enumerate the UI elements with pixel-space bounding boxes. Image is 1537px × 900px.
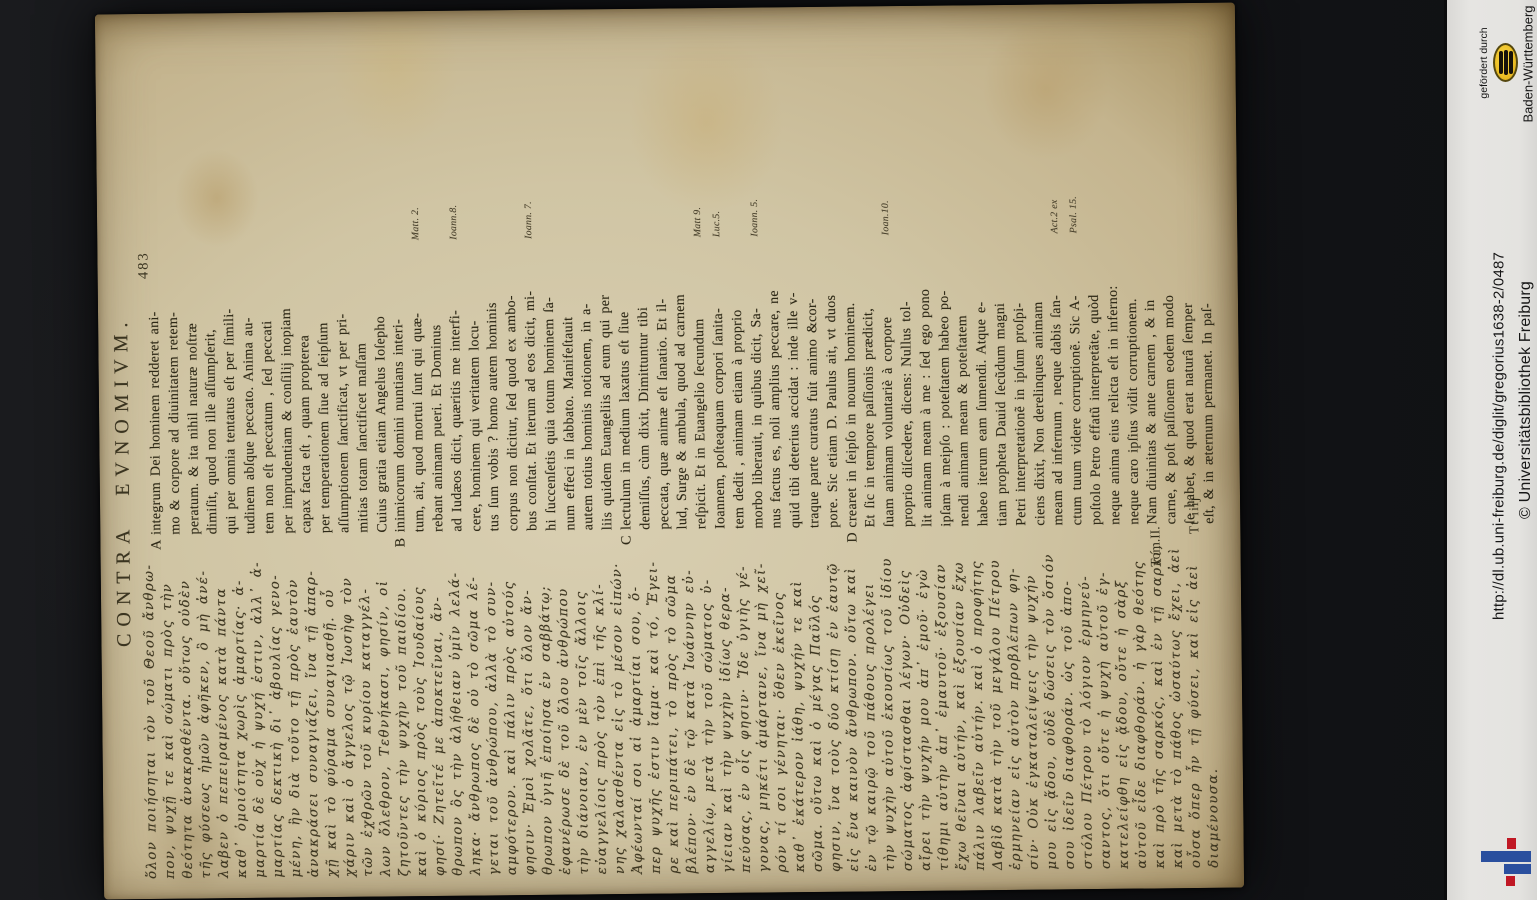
latin-text-line: traque parte curatus fuit animo &cor- <box>804 298 824 528</box>
greek-text-line: διαμένουσα. <box>1205 767 1224 867</box>
latin-text-line: carne, & poſt paſſionem eodem modo <box>1161 295 1181 525</box>
section-letter: A <box>148 539 166 550</box>
latin-text-line: ctum tuum videre corruptionẽ. Sic A- <box>1067 295 1087 525</box>
margin-note: Act.2 ex <box>1049 199 1060 233</box>
latin-text-line: ſe habet, & quod erat naturâ ſemper <box>1180 303 1200 524</box>
copyright-label: © Universitätsbibliothek Freiburg <box>1517 281 1535 519</box>
ub-logo-red-square <box>1507 838 1516 849</box>
latin-text-line: Dcrearet in ſeipſo in nouum hominem. <box>842 302 862 527</box>
ub-logo-blue-bar <box>1481 851 1531 862</box>
margin-notes: Matt. 2.Ioann.8.Ioann. 7.Matt 9.Luc.5.Io… <box>96 152 1237 244</box>
ub-logo-red-square <box>1506 876 1515 886</box>
latin-text-line: lit animam meam à me : ſed ego pono <box>917 289 937 527</box>
margin-note: Ioann. 5. <box>748 199 759 237</box>
margin-note: Psal. 15. <box>1068 196 1079 233</box>
latin-text-line: Nam diuinitas & ante carnem , & in <box>1142 300 1162 525</box>
latin-text-line: ciens dixit, Non derelinques animam <box>1030 301 1050 525</box>
margin-note: Luc.5. <box>711 211 722 237</box>
latin-text-line: peccata, quæ animæ eſt ſanatio. Et il- <box>653 298 673 529</box>
latin-text-line: Clectulum in medium laxatus eſt ſiue <box>616 311 636 530</box>
latin-text-line: tudinem abſque peccato. Anima au- <box>240 317 260 534</box>
funding-label: gefördert durch <box>1478 27 1490 98</box>
running-header: CONTRA EVNOMIVM. <box>110 315 136 647</box>
margin-note: Ioann.8. <box>448 205 459 240</box>
latin-text-line: mitias totam ſanctificet maſſam <box>353 343 373 533</box>
latin-text-line: hi ſuccenſetis quia totum hominem ſa- <box>541 297 561 531</box>
latin-text-line: Petri interpretationẽ in ipſum proſpi- <box>1011 303 1031 526</box>
signature-mark: Tt iiij <box>1186 497 1202 535</box>
latin-text-column: Aintegrum Dei hominem redderet ani-mo & … <box>145 230 1223 535</box>
latin-text-line: Cuius gratia etiam Angelus Ioſepho <box>372 316 392 533</box>
latin-text-line: meam ad infernum , neque dabis ſan- <box>1048 295 1068 526</box>
latin-text-line: per imprudentiam & conſilij inopiam <box>278 308 298 534</box>
margin-note: Ioann. 7. <box>523 201 534 239</box>
baden-wuerttemberg-arms-icon <box>1493 43 1518 82</box>
latin-text-line: aſſumptionem ſanctificat, vt per pri- <box>334 314 354 533</box>
latin-text-line: per temperationem ſiue ad ſeipſum <box>315 322 335 533</box>
latin-text-line: num effeci in ſabbato. Manifeſtauit <box>560 317 580 531</box>
latin-text-line: demiſſus, cùm dixit, Dimittuntur tibi <box>635 307 655 530</box>
latin-text-line: tiam propheta Dauid ſecũdum magni <box>992 303 1012 526</box>
lion-glyph <box>1499 51 1503 74</box>
scan-viewport: CONTRA EVNOMIVM. 483 ὅλον ποιήσηται τὸν … <box>0 0 1537 900</box>
latin-text-line: cere, hominem qui veritatem locu- <box>466 320 486 531</box>
latin-text-line: mo & corpore ad diuinitatem retem- <box>165 312 185 535</box>
latin-text-line: neque caro ipſius vidit corruptionem. <box>1124 298 1144 525</box>
latin-text-line: Ioannem, poſteaquam corpori ſanita- <box>710 308 730 529</box>
margin-note: Ioan.10. <box>880 200 891 235</box>
tomus-label: Tom.II. <box>1147 526 1164 590</box>
latin-text-line: ipſam à meipſo : poteſtatem habeo po- <box>935 290 955 526</box>
latin-text-line: peratum. & ita nihil naturæ noſtræ <box>184 323 204 535</box>
book-page-scan: CONTRA EVNOMIVM. 483 ὅλον ποιήσηται τὸν … <box>95 3 1244 900</box>
latin-text-line: tem dedit , animam etiam à proprio <box>729 309 749 528</box>
latin-text-line: habeo iterum eam ſumendi. Atque e- <box>973 301 993 526</box>
latin-text-line: proprio diſcedere, dicens: Nullus tol- <box>898 301 918 527</box>
section-letter: C <box>618 535 636 545</box>
latin-text-line: tum, ait, quod mortui ſunt qui quæ- <box>409 313 429 532</box>
latin-text-line: tus ſum vobis ? homo autem hominis <box>484 302 504 531</box>
latin-text-line: Et ſic in tempore paſſionis prædicit, <box>860 308 880 528</box>
latin-text-line: nendi animam meam & poteſtatem <box>954 315 974 527</box>
greek-text-line: οὖσα ὅπερ ἦν τῇ φύσει, καὶ εἰς ἀεὶ <box>1185 564 1206 868</box>
lion-glyph <box>1509 51 1513 74</box>
latin-text-line: quid tibi deterius accidat : inde ille v… <box>785 292 805 528</box>
latin-text-line: Binimicorum domini nuntians interi- <box>390 319 410 533</box>
latin-text-line: rebant animam pueri. Et Dominus <box>428 324 448 532</box>
latin-text-line: autem totius hominis notionem, in a- <box>578 303 598 530</box>
branding-sidebar: gefördert durch Baden-Württemberg http:/… <box>1444 0 1537 900</box>
latin-text-line: pore. Sic etiam D. Paulus ait, vt duos <box>823 295 843 528</box>
margin-note: Matt 9. <box>692 207 703 238</box>
section-letter: D <box>844 532 862 543</box>
latin-text-line: capax facta eſt , quam propterea <box>297 335 317 534</box>
latin-text-line: neque anima eius relicta eſt in inferno: <box>1105 285 1126 525</box>
latin-text-line: morbo liberauit, in quibus dicit, Sa- <box>748 308 768 529</box>
latin-text-line: ad Iudæos dicit, quæritis me interfi- <box>447 310 467 532</box>
latin-text-line: Aintegrum Dei hominem redderet ani- <box>146 311 166 535</box>
latin-text-line: liis quidem Euangeliis ad eum qui per <box>597 295 617 531</box>
latin-text-line: corpus non dicitur, ſed quod ex ambo- <box>503 295 523 531</box>
latin-text-line: tem non eſt peccatum , ſed peccati <box>259 321 279 534</box>
margin-note: Matt. 2. <box>410 207 421 240</box>
latin-text-line: ſuam animam voluntariè à corpore <box>879 317 899 528</box>
latin-text-line: eſt, & in æternum permanet. In paſ- <box>1199 303 1219 524</box>
latin-text-line: nus factus es, noli amplius peccare, ne <box>766 290 786 528</box>
latin-text-line: qui per omnia tentatus eſt per ſimili- <box>221 308 241 534</box>
latin-text-line: bus conſtat. Et iterum ad eos dicit, mi- <box>522 291 543 531</box>
ub-logo-blue-bar <box>1504 864 1531 874</box>
greek-text-column: ὅλον ποιήσηται τὸν τοῦ Θεοῦ ἄνθρω-πον, ψ… <box>140 528 1229 879</box>
latin-text-line: poſtolo Petro effatũ interpretãte, quòd <box>1086 294 1106 525</box>
funding-region-label: Baden-Württemberg <box>1521 5 1536 122</box>
latin-text-line: dimiſit, quod non ille aſſumpſerit, <box>203 329 223 534</box>
latin-text-line: lud, Surge & ambula, quod ad carnem <box>672 294 692 529</box>
document-url: http://dl.ub.uni-freiburg.de/diglit/greg… <box>1491 252 1508 620</box>
section-letter: B <box>393 538 411 548</box>
lion-glyph <box>1504 50 1508 75</box>
latin-text-line: reſpicit. Et in Euangelio ſecundum <box>691 318 711 529</box>
